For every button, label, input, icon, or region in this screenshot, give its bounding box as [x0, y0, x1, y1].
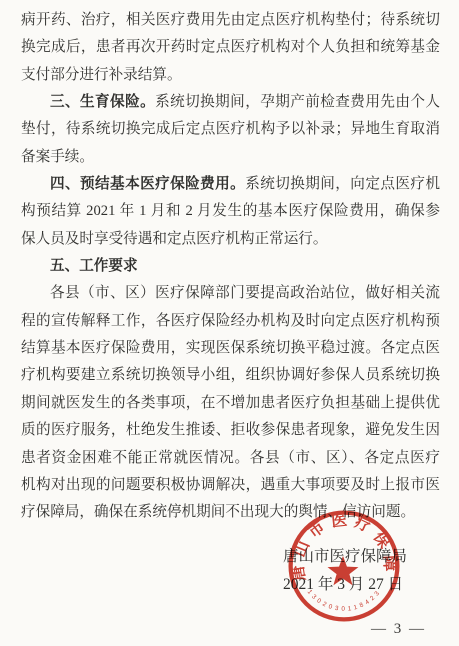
signature-date: 2021 年 3 月 27 日 [283, 571, 407, 599]
doc-line: 疗保障局，确保在系统停机期间不出现大的舆情、信访问题。 [21, 499, 440, 526]
doc-line: 疗机构要建立系统切换领导小组，组织协调好参保人员系统切换 [21, 362, 440, 389]
document-body: 病开药、治疗，相关医疗费用先由定点医疗机构垫付；待系统切换完成后，患者再次开药时… [21, 7, 440, 527]
doc-line: 病开药、治疗，相关医疗费用先由定点医疗机构垫付；待系统切 [21, 7, 440, 34]
doc-text: 结算基本医疗保险费用，实现医保系统切换平稳过渡。各定点医 [21, 340, 440, 356]
doc-heading-text: 三、生育保险。 [50, 94, 155, 110]
doc-text: 质的医疗服务，杜绝发生推诿、拒收参保患者现象，避免发生因 [21, 422, 440, 438]
doc-heading-text: 四、预结基本医疗保险费用。 [50, 176, 245, 192]
doc-text: 程的宣传解释工作，各医疗保险经办机构及时向定点医疗机构预 [21, 313, 440, 329]
doc-line: 支付部分进行补录结算。 [21, 62, 440, 89]
doc-text: 备案手续。 [21, 149, 94, 165]
doc-heading-text: 五、工作要求 [50, 258, 138, 274]
doc-text: 系统切换期间，向定点医疗机 [245, 176, 440, 192]
doc-line: 五、工作要求 [21, 253, 440, 280]
doc-line: 保人员及时享受待遇和定点医疗机构正常运行。 [21, 226, 440, 253]
doc-line: 期间就医发生的各类事项，在不增加患者医疗负担基础上提供优 [21, 390, 440, 417]
doc-line: 患者资金困难不能正常就医情况。各县（市、区）、各定点医疗 [21, 445, 440, 472]
doc-text: 患者资金困难不能正常就医情况。各县（市、区）、各定点医疗 [21, 450, 440, 466]
doc-text: 病开药、治疗，相关医疗费用先由定点医疗机构垫付；待系统切 [21, 12, 440, 28]
signature-agency: 唐山市医疗保障局 [283, 543, 407, 571]
doc-line: 垫付，待系统切换完成后定点医疗机构予以补录；异地生育取消 [21, 116, 440, 143]
signature-block: 唐山市医疗保障局 2021 年 3 月 27 日 [283, 543, 407, 598]
doc-line: 质的医疗服务，杜绝发生推诿、拒收参保患者现象，避免发生因 [21, 417, 440, 444]
doc-text: 机构对出现的问题要积极协调解决，遇重大事项要及时上报市医 [21, 477, 440, 493]
doc-line: 三、生育保险。系统切换期间，孕期产前检查费用先由个人 [21, 89, 440, 116]
doc-line: 机构对出现的问题要积极协调解决，遇重大事项要及时上报市医 [21, 472, 440, 499]
doc-text: 保人员及时享受待遇和定点医疗机构正常运行。 [21, 231, 327, 247]
doc-line: 四、预结基本医疗保险费用。系统切换期间，向定点医疗机 [21, 171, 440, 198]
doc-text: 系统切换期间，孕期产前检查费用先由个人 [155, 94, 440, 110]
doc-text: 疗保障局，确保在系统停机期间不出现大的舆情、信访问题。 [21, 504, 415, 520]
doc-text: 构预结算 2021 年 1 月和 2 月发生的基本医疗保险费用，确保参 [21, 203, 440, 219]
doc-text: 垫付，待系统切换完成后定点医疗机构予以补录；异地生育取消 [21, 121, 440, 137]
doc-line: 备案手续。 [21, 144, 440, 171]
doc-text: 期间就医发生的各类事项，在不增加患者医疗负担基础上提供优 [21, 395, 440, 411]
doc-line: 各县（市、区）医疗保障部门要提高政治站位，做好相关流 [21, 280, 440, 307]
doc-text: 换完成后，患者再次开药时定点医疗机构对个人负担和统筹基金 [21, 39, 440, 55]
page-number: — 3 — [371, 621, 426, 638]
doc-line: 构预结算 2021 年 1 月和 2 月发生的基本医疗保险费用，确保参 [21, 198, 440, 225]
doc-text: 支付部分进行补录结算。 [21, 67, 182, 83]
doc-line: 结算基本医疗保险费用，实现医保系统切换平稳过渡。各定点医 [21, 335, 440, 362]
doc-line: 程的宣传解释工作，各医疗保险经办机构及时向定点医疗机构预 [21, 308, 440, 335]
doc-text: 疗机构要建立系统切换领导小组，组织协调好参保人员系统切换 [21, 367, 440, 383]
doc-text: 各县（市、区）医疗保障部门要提高政治站位，做好相关流 [50, 285, 440, 301]
document-page: 病开药、治疗，相关医疗费用先由定点医疗机构垫付；待系统切换完成后，患者再次开药时… [0, 0, 459, 646]
doc-line: 换完成后，患者再次开药时定点医疗机构对个人负担和统筹基金 [21, 34, 440, 61]
